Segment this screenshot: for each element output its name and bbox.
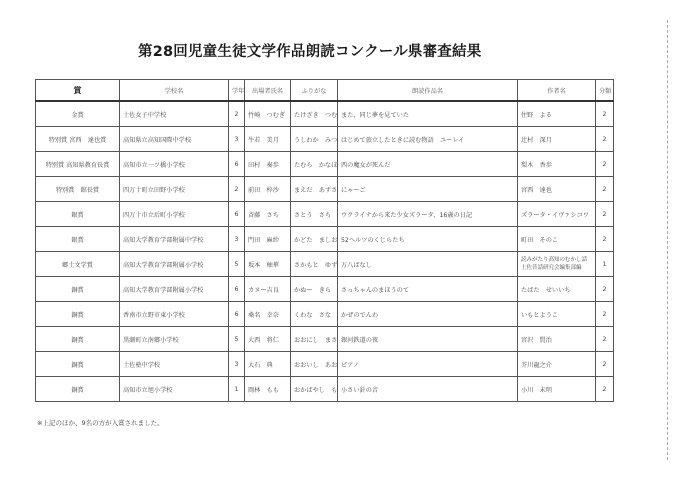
author-cell: 梨木 香歩	[518, 152, 596, 177]
school-cell: 黒潮町立南郷小学校	[120, 327, 229, 352]
school-cell: 高知大学教育学部附属小学校	[120, 277, 229, 302]
furigana-cell: たけざき つむぎ	[291, 101, 338, 127]
performer-cell: 大西 将仁	[245, 327, 291, 352]
award-cell: 金賞	[36, 101, 120, 127]
performer-cell: 門田 麻紗	[245, 227, 291, 252]
footnote: ※上記のほか、9名の方が入賞されました。	[37, 418, 164, 427]
table-row: 銅賞 高知大学教育学部附属小学校 6 カヌー吉良 かぬー きら さっちゃんのまほ…	[36, 277, 614, 302]
division-cell: 2	[596, 277, 614, 302]
school-cell: 四万十市立后町小学校	[120, 202, 229, 227]
school-cell: 土佐女子中学校	[120, 101, 229, 127]
header-grade: 学年	[229, 80, 245, 102]
table-row: 銀賞 高知大学教育学部附属中学校 3 門田 麻紗 かどた ましお 52ヘルツのく…	[36, 227, 614, 252]
header-performer: 出場者氏名	[245, 80, 291, 102]
work-cell: にゃーご	[338, 177, 518, 202]
table-row: 銅賞 香南市立野市東小学校 6 桑名 幸奈 くわな さな かぜのでんわ いもとよ…	[36, 302, 614, 327]
work-cell: 万八ばなし	[338, 252, 518, 277]
furigana-cell: かどた ましお	[291, 227, 338, 252]
header-work: 朗読作品名	[338, 80, 518, 102]
furigana-cell: さとう さち	[291, 202, 338, 227]
school-cell: 高知市立一ツ橋小学校	[120, 152, 229, 177]
furigana-cell: たむら かなほ	[291, 152, 338, 177]
division-cell: 2	[596, 127, 614, 152]
work-cell: はじめて旅立したときに読む物語 ユーレイ	[338, 127, 518, 152]
furigana-cell: さかもと ゆずか	[291, 252, 338, 277]
table-row: 銅賞 高知市立旭小学校 1 岡林 もも おかばやし もも 小さい針の音 小川 未…	[36, 377, 614, 402]
results-table: 賞 学校名 学年 出場者氏名 ふりがな 朗読作品名 作者名 分類 金賞 土佐女子…	[35, 79, 614, 402]
performer-cell: カヌー吉良	[245, 277, 291, 302]
table-row: 特別賞 館長賞 四万十町立田野小学校 2 前田 梓沙 まえだ あずさ にゃーご …	[36, 177, 614, 202]
performer-cell: 田村 奏歩	[245, 152, 291, 177]
performer-cell: 牛若 美月	[245, 127, 291, 152]
performer-cell: 斉藤 さち	[245, 202, 291, 227]
grade-cell: 5	[229, 327, 245, 352]
furigana-cell: まえだ あずさ	[291, 177, 338, 202]
award-cell: 銅賞	[36, 352, 120, 377]
author-cell: 辻村 深月	[518, 127, 596, 152]
award-cell: 特別賞 館長賞	[36, 177, 120, 202]
author-cell: 宮沢 賢治	[518, 327, 596, 352]
grade-cell: 2	[229, 101, 245, 127]
work-cell: また、同じ夢を見ていた	[338, 101, 518, 127]
header-school: 学校名	[120, 80, 229, 102]
work-cell: 52ヘルツのくじらたち	[338, 227, 518, 252]
table-row: 郷土文学賞 高知大学教育学部附属小学校 5 坂本 柚華 さかもと ゆずか 万八ば…	[36, 252, 614, 277]
award-cell: 銅賞	[36, 327, 120, 352]
author-cell: 読みがたり高知のむかし話 土佐昔話研究会編集部編	[518, 252, 596, 277]
division-cell: 2	[596, 352, 614, 377]
division-cell: 2	[596, 152, 614, 177]
award-cell: 特別賞 高知県教育長賞	[36, 152, 120, 177]
award-cell: 銀賞	[36, 227, 120, 252]
division-cell: 2	[596, 302, 614, 327]
grade-cell: 6	[229, 302, 245, 327]
division-cell: 2	[596, 327, 614, 352]
school-cell: 高知県立高知国際中学校	[120, 127, 229, 152]
scan-edge-line	[667, 20, 669, 460]
work-cell: 小さい針の音	[338, 377, 518, 402]
school-cell: 土佐塾中学校	[120, 352, 229, 377]
division-cell: 1	[596, 252, 614, 277]
grade-cell: 3	[229, 352, 245, 377]
performer-cell: 坂本 柚華	[245, 252, 291, 277]
school-cell: 香南市立野市東小学校	[120, 302, 229, 327]
school-cell: 四万十町立田野小学校	[120, 177, 229, 202]
author-cell: 芥川龍之介	[518, 352, 596, 377]
performer-cell: 竹崎 つむぎ	[245, 101, 291, 127]
furigana-cell: うしわか みつき	[291, 127, 338, 152]
header-author: 作者名	[518, 80, 596, 102]
table-row: 特別賞 宮西 達也賞 高知県立高知国際中学校 3 牛若 美月 うしわか みつき …	[36, 127, 614, 152]
furigana-cell: かぬー きら	[291, 277, 338, 302]
document-title: 第28回児童生徒文学作品朗読コンクール県審査結果	[138, 40, 481, 61]
furigana-cell: おおにし まさひと	[291, 327, 338, 352]
table-row: 銀賞 四万十市立后町小学校 6 斉藤 さち さとう さち ウクライナから来た少女…	[36, 202, 614, 227]
header-division: 分類	[596, 80, 614, 102]
division-cell: 2	[596, 101, 614, 127]
performer-cell: 岡林 もも	[245, 377, 291, 402]
award-cell: 銅賞	[36, 302, 120, 327]
grade-cell: 6	[229, 202, 245, 227]
school-cell: 高知大学教育学部附属小学校	[120, 252, 229, 277]
grade-cell: 5	[229, 252, 245, 277]
table-row: 金賞 土佐女子中学校 2 竹崎 つむぎ たけざき つむぎ また、同じ夢を見ていた…	[36, 101, 614, 127]
award-cell: 特別賞 宮西 達也賞	[36, 127, 120, 152]
author-cell: いもとようこ	[518, 302, 596, 327]
division-cell: 2	[596, 377, 614, 402]
grade-cell: 6	[229, 277, 245, 302]
work-cell: ウクライナから来た少女ズラータ、16歳の日記	[338, 202, 518, 227]
grade-cell: 3	[229, 127, 245, 152]
division-cell: 2	[596, 177, 614, 202]
work-cell: 西の魔女が死んだ	[338, 152, 518, 177]
work-cell: ピアノ	[338, 352, 518, 377]
division-cell: 2	[596, 202, 614, 227]
author-cell: たばた せいいち	[518, 277, 596, 302]
performer-cell: 桑名 幸奈	[245, 302, 291, 327]
award-cell: 銅賞	[36, 377, 120, 402]
performer-cell: 前田 梓沙	[245, 177, 291, 202]
table-row: 特別賞 高知県教育長賞 高知市立一ツ橋小学校 6 田村 奏歩 たむら かなほ 西…	[36, 152, 614, 177]
table-row: 銅賞 土佐塾中学校 3 大石 典 おおいし あおい ピアノ 芥川龍之介 2	[36, 352, 614, 377]
author-cell: ズラータ・イヴァシコワ	[518, 202, 596, 227]
school-cell: 高知大学教育学部附属中学校	[120, 227, 229, 252]
school-cell: 高知市立旭小学校	[120, 377, 229, 402]
furigana-cell: おおいし あおい	[291, 352, 338, 377]
table-row: 銅賞 黒潮町立南郷小学校 5 大西 将仁 おおにし まさひと 銀河鉄道の夜 宮沢…	[36, 327, 614, 352]
header-award: 賞	[36, 80, 120, 102]
work-cell: さっちゃんのまほうのて	[338, 277, 518, 302]
author-cell: 町田 そのこ	[518, 227, 596, 252]
furigana-cell: おかばやし もも	[291, 377, 338, 402]
division-cell: 2	[596, 227, 614, 252]
table-header-row: 賞 学校名 学年 出場者氏名 ふりがな 朗読作品名 作者名 分類	[36, 80, 614, 102]
grade-cell: 1	[229, 377, 245, 402]
author-cell: 小川 未明	[518, 377, 596, 402]
grade-cell: 3	[229, 227, 245, 252]
performer-cell: 大石 典	[245, 352, 291, 377]
award-cell: 郷土文学賞	[36, 252, 120, 277]
award-cell: 銅賞	[36, 277, 120, 302]
grade-cell: 6	[229, 152, 245, 177]
award-cell: 銀賞	[36, 202, 120, 227]
author-cell: 住野 よる	[518, 101, 596, 127]
work-cell: かぜのでんわ	[338, 302, 518, 327]
work-cell: 銀河鉄道の夜	[338, 327, 518, 352]
header-furigana: ふりがな	[291, 80, 338, 102]
grade-cell: 2	[229, 177, 245, 202]
author-cell: 宮西 達也	[518, 177, 596, 202]
furigana-cell: くわな さな	[291, 302, 338, 327]
